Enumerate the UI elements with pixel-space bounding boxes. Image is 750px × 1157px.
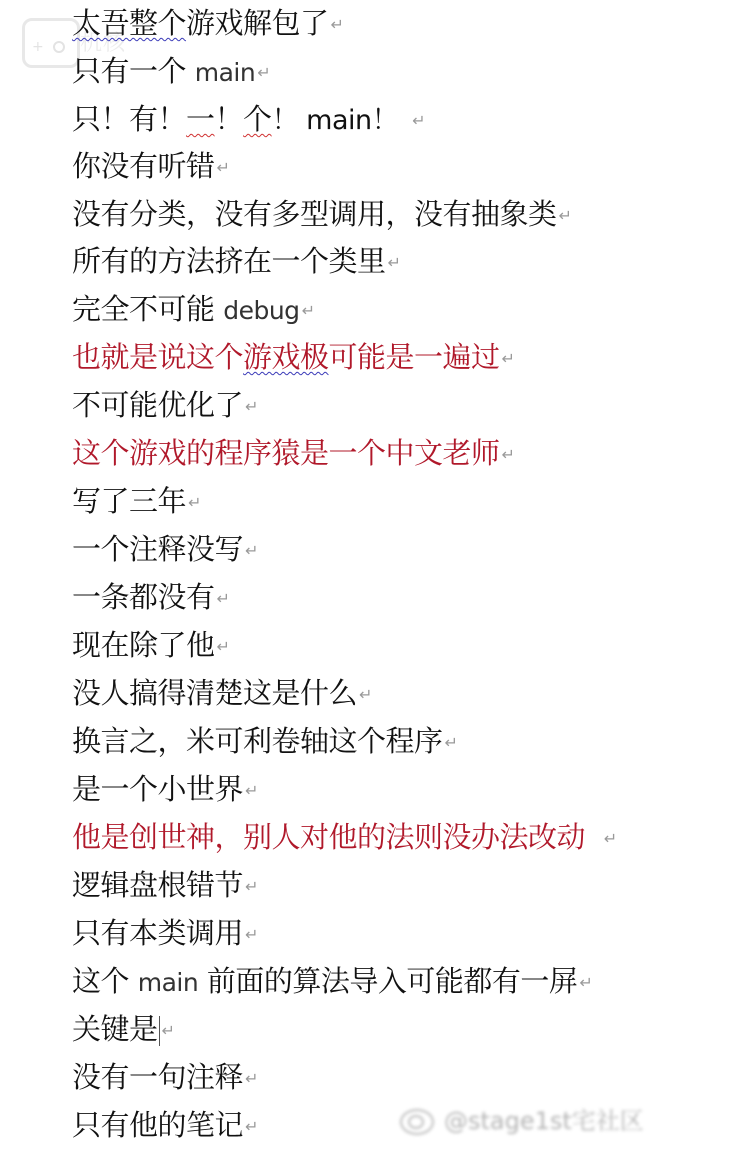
paragraph-mark-icon: ↵ [245,397,258,416]
paragraph-mark-icon: ↵ [445,733,458,752]
paragraph-mark-icon: ↵ [245,1117,258,1136]
text-cursor [159,1016,160,1046]
doc-line-6: 所有的方法挤在一个类里↵ [72,238,400,284]
latin-text: main [195,58,255,87]
line-text: 一条都没有 [72,580,215,614]
line-text: ！ [215,102,244,136]
doc-line-13: 一条都没有↵ [72,574,229,620]
doc-line-7: 完全不可能 debug↵ [72,286,314,332]
doc-line-22: 关键是↵ [72,1006,174,1052]
dpad-icon: + [32,41,44,53]
paragraph-mark-icon: ↵ [388,253,401,272]
paragraph-mark-icon: ↵ [188,493,201,512]
paragraph-mark-icon: ↵ [502,445,515,464]
line-text: 可能是一遍过 [329,340,500,374]
line-text: 只！有！ [72,102,186,136]
doc-line-18-highlighted: 他是创世神，别人对他的法则没办法改动 ↵ [72,814,617,860]
line-text: 完全不可能 [72,292,223,326]
spellcheck-underlined-text: 游戏极 [243,340,329,374]
paragraph-mark-icon: ↵ [245,877,258,896]
doc-line-3: 只！有！一！个！ main！↵ [72,96,425,142]
line-text: 一个注释没写 [72,532,243,566]
paragraph-mark-icon: ↵ [245,1069,258,1088]
doc-line-4: 你没有听错↵ [72,143,229,189]
watermark-text: @stage1st宅社区 [444,1101,644,1136]
doc-line-12: 一个注释没写↵ [72,526,258,572]
doc-line-10-highlighted: 这个游戏的程序猿是一个中文老师↵ [72,430,514,476]
line-text: 关键是 [72,1012,158,1046]
line-text: 没人搞得清楚这是什么 [72,676,357,710]
doc-line-21: 这个 main 前面的算法导入可能都有一屏↵ [72,958,592,1004]
doc-line-19: 逻辑盘根错节↵ [72,862,258,908]
doc-line-24: 只有他的笔记↵ [72,1102,258,1148]
line-text: 逻辑盘根错节 [72,868,243,902]
doc-line-1: 太吾整个游戏解包了↵ [72,0,343,46]
spellcheck-underlined-text: 太吾整个 [72,6,186,40]
paragraph-mark-icon: ↵ [604,829,617,848]
weibo-icon [400,1103,436,1133]
paragraph-mark-icon: ↵ [359,685,372,704]
doc-line-23: 没有一句注释↵ [72,1054,258,1100]
doc-line-20: 只有本类调用↵ [72,910,258,956]
line-text: 游戏解包了 [186,6,329,40]
line-text: 换言之，米可利卷轴这个程序 [72,724,443,758]
latin-text: debug [223,296,299,325]
line-text: 这个 [72,964,138,998]
line-text: 没有分类，没有多型调用，没有抽象类 [72,197,557,231]
latin-text: main [138,968,198,997]
button-icon [53,41,65,53]
line-text: 所有的方法挤在一个类里 [72,244,386,278]
line-text: 写了三年 [72,484,186,518]
line-text: 这个游戏的程序猿是一个中文老师 [72,436,500,470]
paragraph-mark-icon: ↵ [559,206,572,225]
line-text: 是一个小世界 [72,772,243,806]
doc-line-15: 没人搞得清楚这是什么↵ [72,670,372,716]
paragraph-mark-icon: ↵ [245,781,258,800]
doc-line-8-highlighted: 也就是说这个游戏极可能是一遍过↵ [72,334,514,380]
doc-line-16: 换言之，米可利卷轴这个程序↵ [72,718,457,764]
weibo-watermark: @stage1st宅社区 [400,1098,644,1138]
paragraph-mark-icon: ↵ [257,63,270,82]
doc-line-11: 写了三年↵ [72,478,201,524]
line-text: 只有一个 [72,54,195,88]
paragraph-mark-icon: ↵ [217,637,230,656]
doc-line-5: 没有分类，没有多型调用，没有抽象类↵ [72,191,571,237]
paragraph-mark-icon: ↵ [302,301,315,320]
doc-line-2: 只有一个 main↵ [72,48,270,94]
line-text: 只有本类调用 [72,916,243,950]
line-text: 现在除了他 [72,628,215,662]
paragraph-mark-icon: ↵ [162,1021,175,1040]
paragraph-mark-icon: ↵ [579,973,592,992]
spellcheck-underlined-text: 一 [186,102,215,136]
line-text: 前面的算法导入可能都有一屏 [198,964,577,998]
paragraph-mark-icon: ↵ [245,925,258,944]
doc-line-17: 是一个小世界↵ [72,766,258,812]
spellcheck-underlined-text: 个 [243,102,272,136]
line-text: ！ main！ [272,105,399,136]
paragraph-mark-icon: ↵ [217,158,230,177]
line-text: 只有他的笔记 [72,1108,243,1142]
line-text: 他是创世神，别人对他的法则没办法改动 [72,820,594,854]
paragraph-mark-icon: ↵ [331,15,344,34]
line-text: 没有一句注释 [72,1060,243,1094]
line-text: 你没有听错 [72,149,215,183]
paragraph-mark-icon: ↵ [217,589,230,608]
paragraph-mark-icon: ↵ [245,541,258,560]
doc-line-9: 不可能优化了↵ [72,382,258,428]
line-text: 也就是说这个 [72,340,243,374]
paragraph-mark-icon: ↵ [412,111,425,130]
line-text: 不可能优化了 [72,388,243,422]
doc-line-14: 现在除了他↵ [72,622,229,668]
paragraph-mark-icon: ↵ [502,349,515,368]
